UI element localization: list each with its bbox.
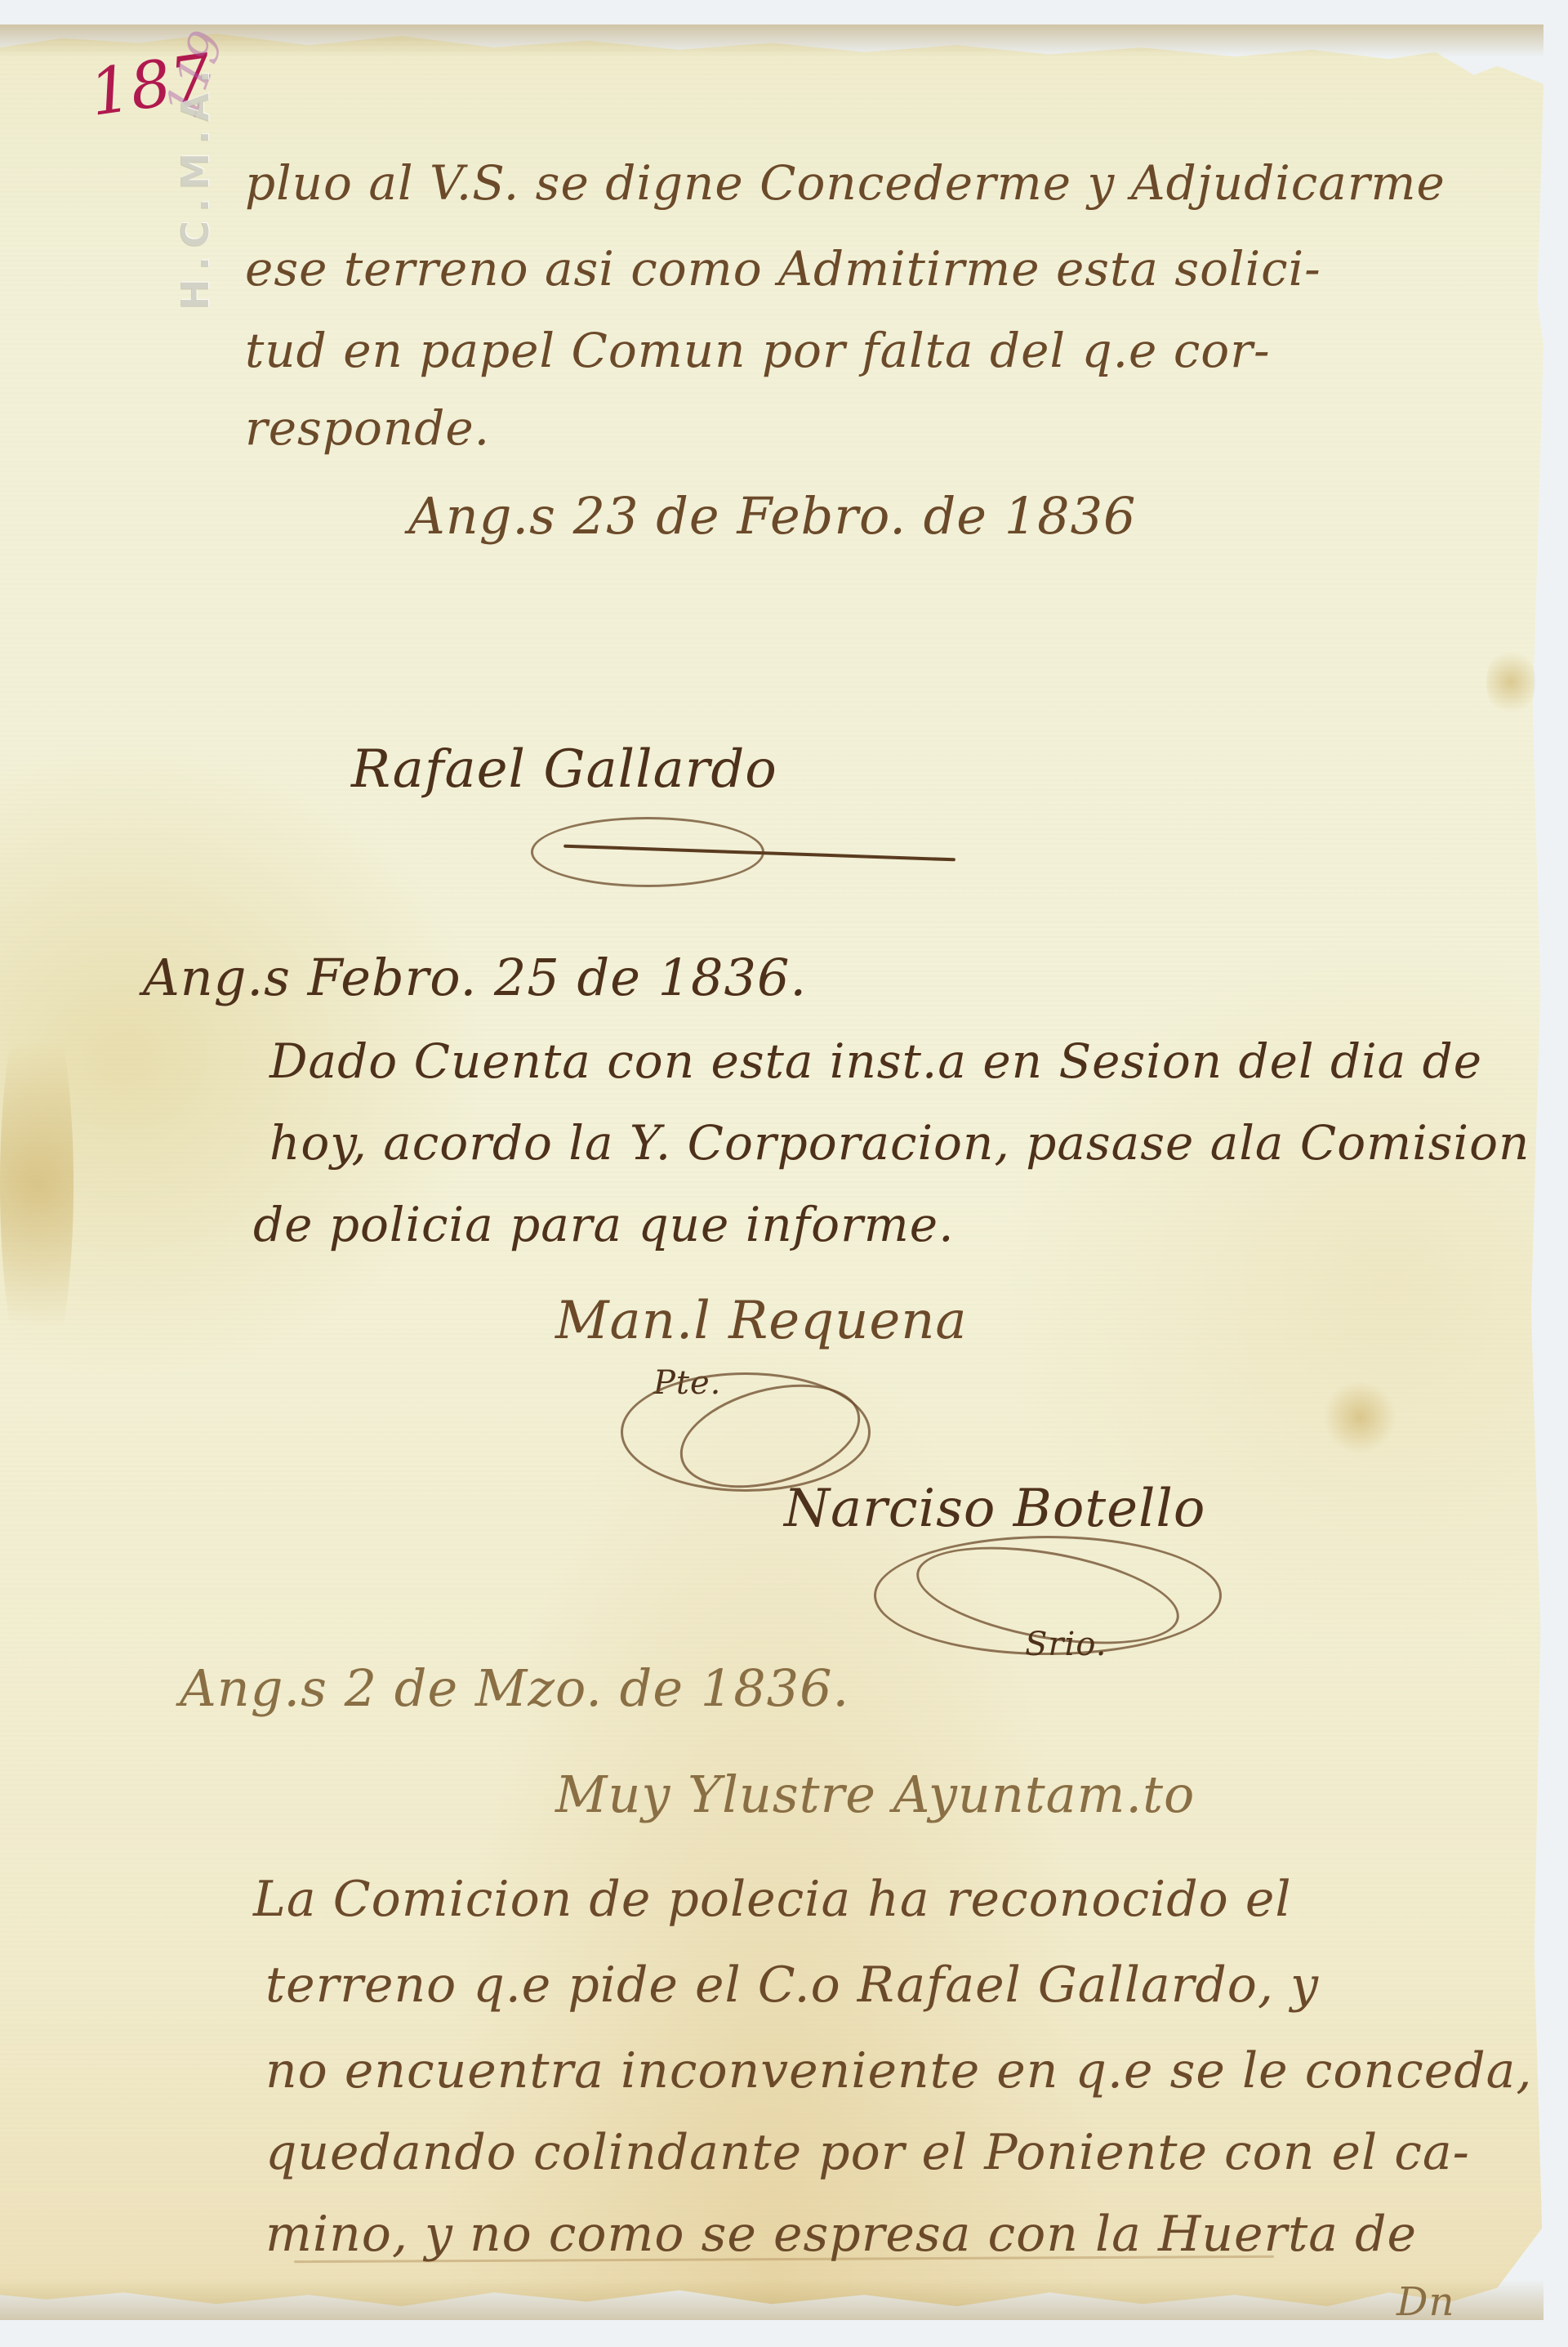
catchword: Dn bbox=[1396, 2279, 1454, 2325]
secretary-signature: Narciso Botello bbox=[784, 1479, 1205, 1539]
report-line-2: terreno q.e pide el C.o Rafael Gallardo,… bbox=[265, 1957, 1319, 2014]
petition-line-1: pluo al V.S. se digne Concederme y Adjud… bbox=[245, 155, 1445, 211]
report-date: Ang.s 2 de Mzo. de 1836. bbox=[180, 1658, 849, 1718]
report-line-4: quedando colindante por el Poniente con … bbox=[265, 2124, 1470, 2181]
resolution-line-2: hoy, acordo la Y. Corporacion, pasase al… bbox=[269, 1115, 1530, 1171]
report-line-5: mino, y no como se espresa con la Huerta… bbox=[265, 2206, 1417, 2263]
resolution-date: Ang.s Febro. 25 de 1836. bbox=[143, 948, 807, 1007]
secretary-title: Srio. bbox=[1025, 1626, 1107, 1663]
petitioner-signature: Rafael Gallardo bbox=[351, 739, 777, 800]
petition-line-4: responde. bbox=[245, 400, 490, 456]
petition-line-2: ese terreno asi como Admitirme esta soli… bbox=[245, 241, 1321, 297]
report-line-3: no encuentra inconveniente en q.e se le … bbox=[265, 2042, 1532, 2099]
embossed-seal-mark: H.C.M.A. bbox=[173, 62, 217, 310]
petition-line-3: tud en papel Comun por falta del q.e cor… bbox=[245, 323, 1271, 378]
resolution-line-1: Dado Cuenta con esta inst.a en Sesion de… bbox=[269, 1033, 1482, 1089]
resolution-line-3: de policia para que informe. bbox=[253, 1197, 955, 1252]
president-signature: Man.l Requena bbox=[555, 1291, 968, 1351]
ink-blot-stain bbox=[1323, 1381, 1396, 1454]
report-line-1: La Comicion de polecia ha reconocido el bbox=[253, 1871, 1292, 1928]
water-stain bbox=[1486, 645, 1535, 719]
petition-date: Ang.s 23 de Febro. de 1836 bbox=[408, 486, 1137, 546]
margin-stain bbox=[0, 980, 73, 1389]
report-heading: Muy Ylustre Ayuntam.to bbox=[555, 1765, 1195, 1824]
